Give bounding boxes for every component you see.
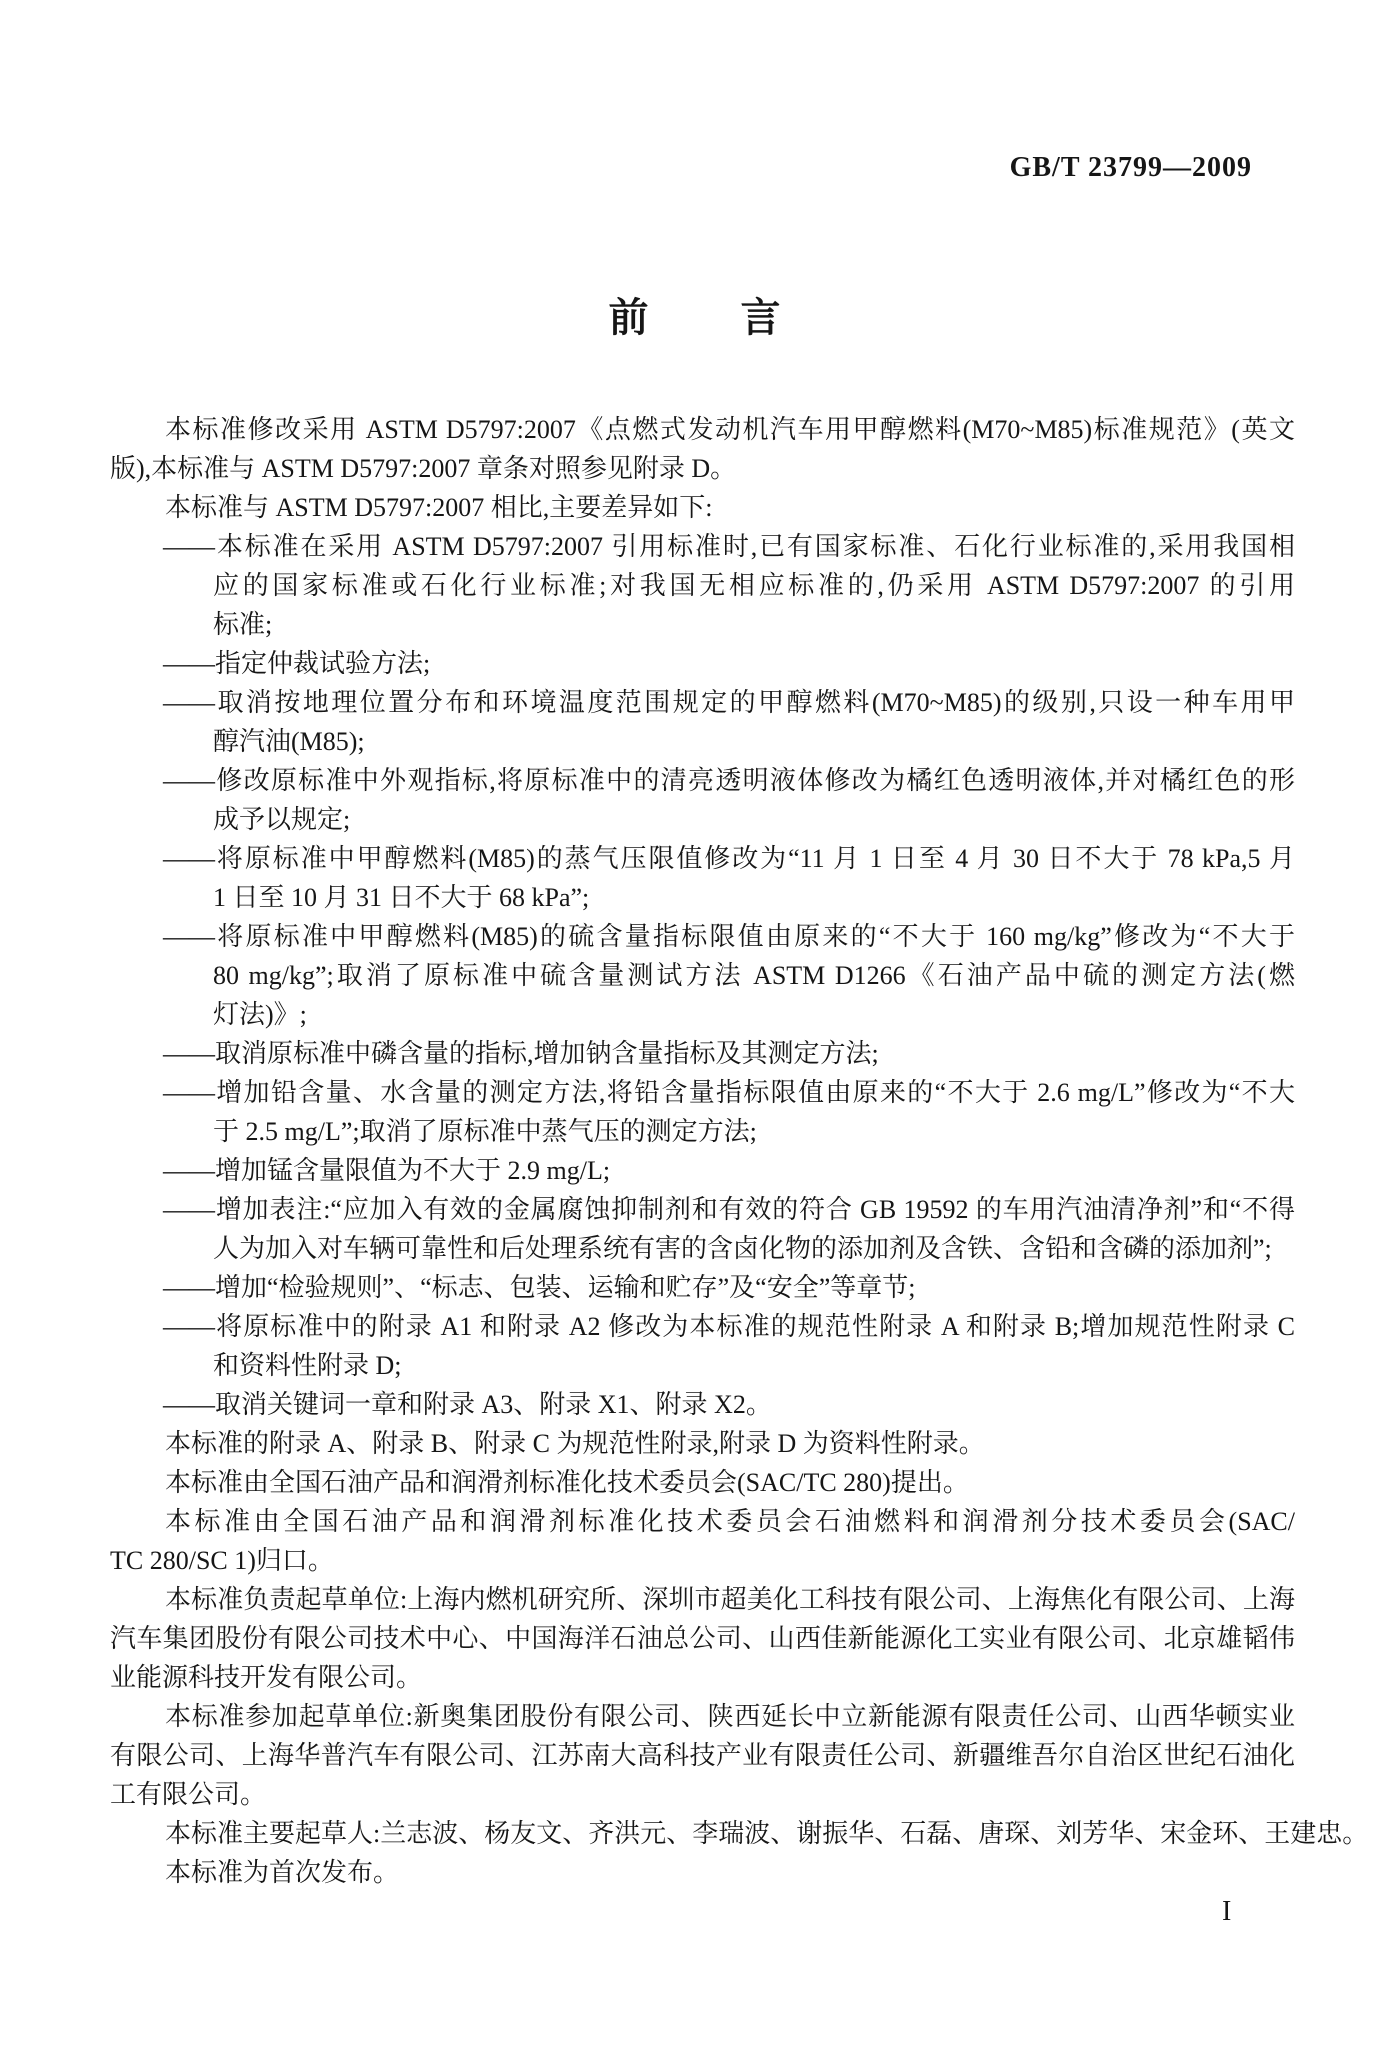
body-line: 本标准参加起草单位:新奥集团股份有限公司、陕西延长中立新能源有限责任公司、山西华… xyxy=(110,1697,1295,1736)
body-line: ——取消关键词一章和附录 A3、附录 X1、附录 X2。 xyxy=(110,1385,1295,1424)
standard-code: GB/T 23799—2009 xyxy=(1010,152,1252,184)
body-line: ——本标准在采用 ASTM D5797:2007 引用标准时,已有国家标准、石化… xyxy=(110,527,1295,566)
body-line: ——增加锰含量限值为不大于 2.9 mg/L; xyxy=(110,1151,1295,1190)
body-line: ——修改原标准中外观指标,将原标准中的清亮透明液体修改为橘红色透明液体,并对橘红… xyxy=(110,761,1295,800)
page-title: 前言 xyxy=(0,286,1389,343)
body-line: ——将原标准中的附录 A1 和附录 A2 修改为本标准的规范性附录 A 和附录 … xyxy=(110,1307,1295,1346)
body-line: 本标准负责起草单位:上海内燃机研究所、深圳市超美化工科技有限公司、上海焦化有限公… xyxy=(110,1580,1295,1619)
body-line: 1 日至 10 月 31 日不大于 68 kPa”; xyxy=(110,878,1295,917)
body-line: 本标准为首次发布。 xyxy=(110,1853,1295,1892)
page-number: I xyxy=(1222,1896,1231,1928)
body-line: ——增加铅含量、水含量的测定方法,将铅含量指标限值由原来的“不大于 2.6 mg… xyxy=(110,1073,1295,1112)
body-line: 版),本标准与 ASTM D5797:2007 章条对照参见附录 D。 xyxy=(110,449,1295,488)
body-line: 于 2.5 mg/L”;取消了原标准中蒸气压的测定方法; xyxy=(110,1112,1295,1151)
body-line: 业能源科技开发有限公司。 xyxy=(110,1658,1295,1697)
title-char-yan: 言 xyxy=(741,295,781,340)
body-line: ——指定仲裁试验方法; xyxy=(110,644,1295,683)
body-line: 本标准由全国石油产品和润滑剂标准化技术委员会石油燃料和润滑剂分技术委员会(SAC… xyxy=(110,1502,1295,1541)
document-page: GB/T 23799—2009 前言 本标准修改采用 ASTM D5797:20… xyxy=(0,0,1389,2048)
body-line: ——增加“检验规则”、“标志、包装、运输和贮存”及“安全”等章节; xyxy=(110,1268,1295,1307)
body-line: 80 mg/kg”;取消了原标准中硫含量测试方法 ASTM D1266《石油产品… xyxy=(110,956,1295,995)
body-line: 醇汽油(M85); xyxy=(110,722,1295,761)
body-line: 人为加入对车辆可靠性和后处理系统有害的含卤化物的添加剂及含铁、含铅和含磷的添加剂… xyxy=(110,1229,1295,1268)
body-line: ——取消按地理位置分布和环境温度范围规定的甲醇燃料(M70~M85)的级别,只设… xyxy=(110,683,1295,722)
body-line: 工有限公司。 xyxy=(110,1775,1295,1814)
body-line: 本标准的附录 A、附录 B、附录 C 为规范性附录,附录 D 为资料性附录。 xyxy=(110,1424,1295,1463)
body-line: 本标准与 ASTM D5797:2007 相比,主要差异如下: xyxy=(110,488,1295,527)
body-line: 成予以规定; xyxy=(110,800,1295,839)
title-char-qian: 前 xyxy=(609,295,649,340)
body-line: 本标准主要起草人:兰志波、杨友文、齐洪元、李瑞波、谢振华、石磊、唐琛、刘芳华、宋… xyxy=(110,1814,1295,1853)
body-line: 标准; xyxy=(110,605,1295,644)
body-line: 和资料性附录 D; xyxy=(110,1346,1295,1385)
body-line: 汽车集团股份有限公司技术中心、中国海洋石油总公司、山西佳新能源化工实业有限公司、… xyxy=(110,1619,1295,1658)
body-line: ——取消原标准中磷含量的指标,增加钠含量指标及其测定方法; xyxy=(110,1034,1295,1073)
body-line: 本标准由全国石油产品和润滑剂标准化技术委员会(SAC/TC 280)提出。 xyxy=(110,1463,1295,1502)
body-line: 应的国家标准或石化行业标准;对我国无相应标准的,仍采用 ASTM D5797:2… xyxy=(110,566,1295,605)
body-line: ——增加表注:“应加入有效的金属腐蚀抑制剂和有效的符合 GB 19592 的车用… xyxy=(110,1190,1295,1229)
body-line: ——将原标准中甲醇燃料(M85)的硫含量指标限值由原来的“不大于 160 mg/… xyxy=(110,917,1295,956)
body-line: 本标准修改采用 ASTM D5797:2007《点燃式发动机汽车用甲醇燃料(M7… xyxy=(110,410,1295,449)
body-line: TC 280/SC 1)归口。 xyxy=(110,1541,1295,1580)
body-line: ——将原标准中甲醇燃料(M85)的蒸气压限值修改为“11 月 1 日至 4 月 … xyxy=(110,839,1295,878)
foreword-body: 本标准修改采用 ASTM D5797:2007《点燃式发动机汽车用甲醇燃料(M7… xyxy=(110,410,1295,1892)
body-line: 灯法)》; xyxy=(110,995,1295,1034)
body-line: 有限公司、上海华普汽车有限公司、江苏南大高科技产业有限责任公司、新疆维吾尔自治区… xyxy=(110,1736,1295,1775)
